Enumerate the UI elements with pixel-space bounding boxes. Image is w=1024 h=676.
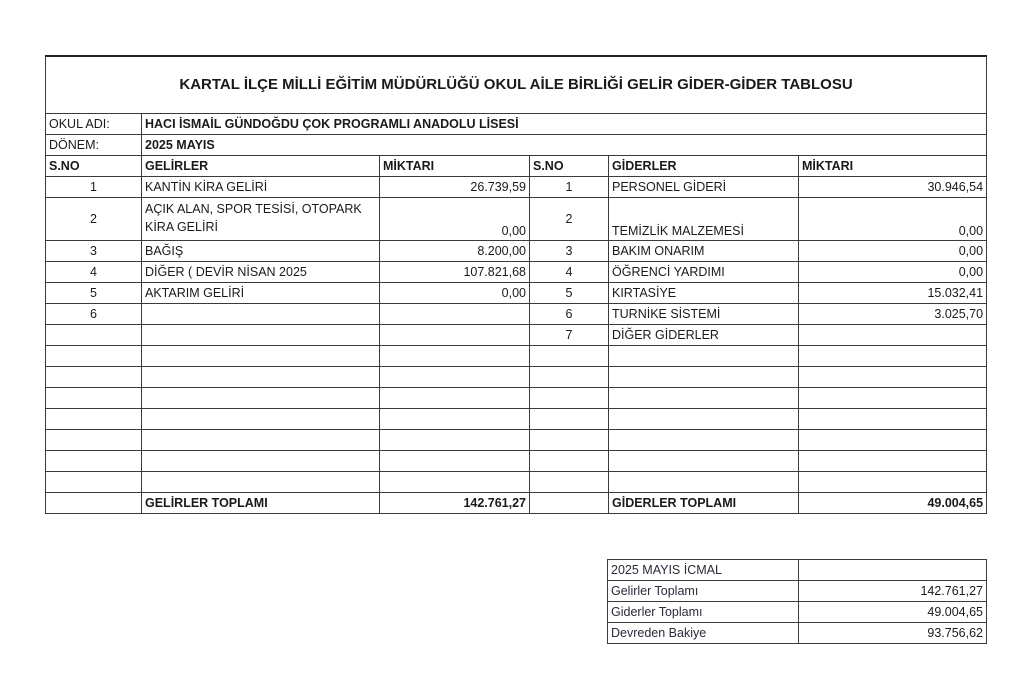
header-sno: S.NO [46,156,142,177]
expense-no-cell: 5 [530,283,609,304]
header-amount: MİKTARI [380,156,530,177]
expense-no-cell [530,346,609,367]
table-row: 5AKTARIM GELİRİ0,005KIRTASİYE15.032,41 [46,283,987,304]
income-no-cell: 3 [46,241,142,262]
income-name-cell [142,325,380,346]
income-amount-cell [380,451,530,472]
header-expense: GİDERLER [609,156,799,177]
income-amount-cell: 107.821,68 [380,262,530,283]
income-amount-cell [380,304,530,325]
table-row [46,409,987,430]
expense-name-cell [609,346,799,367]
expense-name-cell: BAKIM ONARIM [609,241,799,262]
period-row: DÖNEM: 2025 MAYIS [46,135,987,156]
income-amount-cell [380,367,530,388]
income-name-cell [142,451,380,472]
expense-name-cell [609,388,799,409]
income-total-value: 142.761,27 [380,493,530,514]
expense-amount-cell: 15.032,41 [799,283,987,304]
expense-name-cell: PERSONEL GİDERİ [609,177,799,198]
income-name-cell: KANTİN KİRA GELİRİ [142,177,380,198]
expense-no-cell: 1 [530,177,609,198]
table-row [46,388,987,409]
summary-label: Gelirler Toplamı [608,581,799,602]
expense-no-cell [530,388,609,409]
school-label: OKUL ADI: [46,114,142,135]
expense-amount-cell [799,367,987,388]
table-row [46,367,987,388]
expense-name-cell: DİĞER GİDERLER [609,325,799,346]
table-row: 2AÇIK ALAN, SPOR TESİSİ, OTOPARK KİRA GE… [46,198,987,241]
income-name-cell [142,409,380,430]
expense-no-cell: 7 [530,325,609,346]
income-expense-sheet: KARTAL İLÇE MİLLİ EĞİTİM MÜDÜRLÜĞÜ OKUL … [45,55,986,514]
expense-total-label: GİDERLER TOPLAMI [609,493,799,514]
totals-empty-cell [46,493,142,514]
income-name-cell [142,388,380,409]
document-title: KARTAL İLÇE MİLLİ EĞİTİM MÜDÜRLÜĞÜ OKUL … [46,56,987,114]
expense-no-cell [530,367,609,388]
expense-total-value: 49.004,65 [799,493,987,514]
expense-no-cell [530,451,609,472]
table-row: 4DİĞER ( DEVİR NİSAN 2025107.821,684ÖĞRE… [46,262,987,283]
school-name: HACI İSMAİL GÜNDOĞDU ÇOK PROGRAMLI ANADO… [142,114,987,135]
income-name-cell [142,472,380,493]
summary-value: 49.004,65 [799,602,987,623]
income-name-cell: DİĞER ( DEVİR NİSAN 2025 [142,262,380,283]
summary-value: 142.761,27 [799,581,987,602]
expense-no-cell [530,430,609,451]
summary-title-row: 2025 MAYIS İCMAL [608,560,987,581]
income-name-cell [142,430,380,451]
header-amount-expense: MİKTARI [799,156,987,177]
expense-no-cell: 3 [530,241,609,262]
expense-amount-cell: 0,00 [799,198,987,241]
income-amount-cell: 0,00 [380,198,530,241]
expense-name-cell: TURNİKE SİSTEMİ [609,304,799,325]
totals-row: GELİRLER TOPLAMI142.761,27GİDERLER TOPLA… [46,493,987,514]
income-total-label: GELİRLER TOPLAMI [142,493,380,514]
summary-row: Giderler Toplamı49.004,65 [608,602,987,623]
income-name-cell: BAĞIŞ [142,241,380,262]
table-row: 1KANTİN KİRA GELİRİ26.739,591PERSONEL Gİ… [46,177,987,198]
header-income: GELİRLER [142,156,380,177]
expense-amount-cell [799,346,987,367]
expense-name-cell [609,367,799,388]
expense-amount-cell: 30.946,54 [799,177,987,198]
income-amount-cell [380,430,530,451]
income-no-cell: 1 [46,177,142,198]
income-no-cell [46,367,142,388]
income-no-cell [46,346,142,367]
table-row [46,346,987,367]
expense-amount-cell: 0,00 [799,241,987,262]
income-amount-cell: 8.200,00 [380,241,530,262]
expense-name-cell [609,451,799,472]
income-amount-cell [380,409,530,430]
expense-amount-cell [799,325,987,346]
title-row: KARTAL İLÇE MİLLİ EĞİTİM MÜDÜRLÜĞÜ OKUL … [46,56,987,114]
income-amount-cell: 0,00 [380,283,530,304]
expense-no-cell [530,472,609,493]
summary-row: Devreden Bakiye93.756,62 [608,623,987,644]
expense-no-cell: 4 [530,262,609,283]
expense-name-cell [609,472,799,493]
income-no-cell [46,430,142,451]
expense-amount-cell [799,409,987,430]
expense-no-cell [530,409,609,430]
income-name-cell [142,304,380,325]
income-no-cell [46,451,142,472]
income-name-cell: AKTARIM GELİRİ [142,283,380,304]
income-name-cell [142,367,380,388]
income-no-cell [46,472,142,493]
income-no-cell [46,325,142,346]
table-row: 3BAĞIŞ8.200,003BAKIM ONARIM0,00 [46,241,987,262]
expense-amount-cell [799,451,987,472]
income-no-cell: 6 [46,304,142,325]
school-row: OKUL ADI: HACI İSMAİL GÜNDOĞDU ÇOK PROGR… [46,114,987,135]
table-row [46,472,987,493]
income-no-cell: 4 [46,262,142,283]
income-name-cell [142,346,380,367]
table-row [46,430,987,451]
period-value: 2025 MAYIS [142,135,987,156]
expense-no-cell: 2 [530,198,609,241]
header-row: S.NO GELİRLER MİKTARI S.NO GİDERLER MİKT… [46,156,987,177]
income-amount-cell: 26.739,59 [380,177,530,198]
expense-amount-cell [799,430,987,451]
expense-amount-cell: 3.025,70 [799,304,987,325]
summary-label: Giderler Toplamı [608,602,799,623]
expense-name-cell: KIRTASİYE [609,283,799,304]
table-row [46,451,987,472]
expense-amount-cell [799,472,987,493]
table-row: 66TURNİKE SİSTEMİ3.025,70 [46,304,987,325]
summary-row: Gelirler Toplamı142.761,27 [608,581,987,602]
expense-name-cell [609,409,799,430]
expense-name-cell: TEMİZLİK MALZEMESİ [609,198,799,241]
expense-name-cell [609,430,799,451]
income-no-cell [46,409,142,430]
income-no-cell: 5 [46,283,142,304]
income-amount-cell [380,388,530,409]
income-amount-cell [380,346,530,367]
income-expense-table: KARTAL İLÇE MİLLİ EĞİTİM MÜDÜRLÜĞÜ OKUL … [45,55,987,514]
expense-name-cell: ÖĞRENCİ YARDIMI [609,262,799,283]
summary-title-empty [799,560,987,581]
summary-table: 2025 MAYIS İCMAL Gelirler Toplamı142.761… [607,559,987,644]
expense-amount-cell [799,388,987,409]
summary-label: Devreden Bakiye [608,623,799,644]
income-amount-cell [380,325,530,346]
income-name-cell: AÇIK ALAN, SPOR TESİSİ, OTOPARK KİRA GEL… [142,198,380,241]
income-amount-cell [380,472,530,493]
table-row: 7DİĞER GİDERLER [46,325,987,346]
totals-empty-cell [530,493,609,514]
income-no-cell [46,388,142,409]
income-no-cell: 2 [46,198,142,241]
summary-title: 2025 MAYIS İCMAL [608,560,799,581]
expense-amount-cell: 0,00 [799,262,987,283]
expense-no-cell: 6 [530,304,609,325]
header-sno-expense: S.NO [530,156,609,177]
summary-value: 93.756,62 [799,623,987,644]
period-label: DÖNEM: [46,135,142,156]
